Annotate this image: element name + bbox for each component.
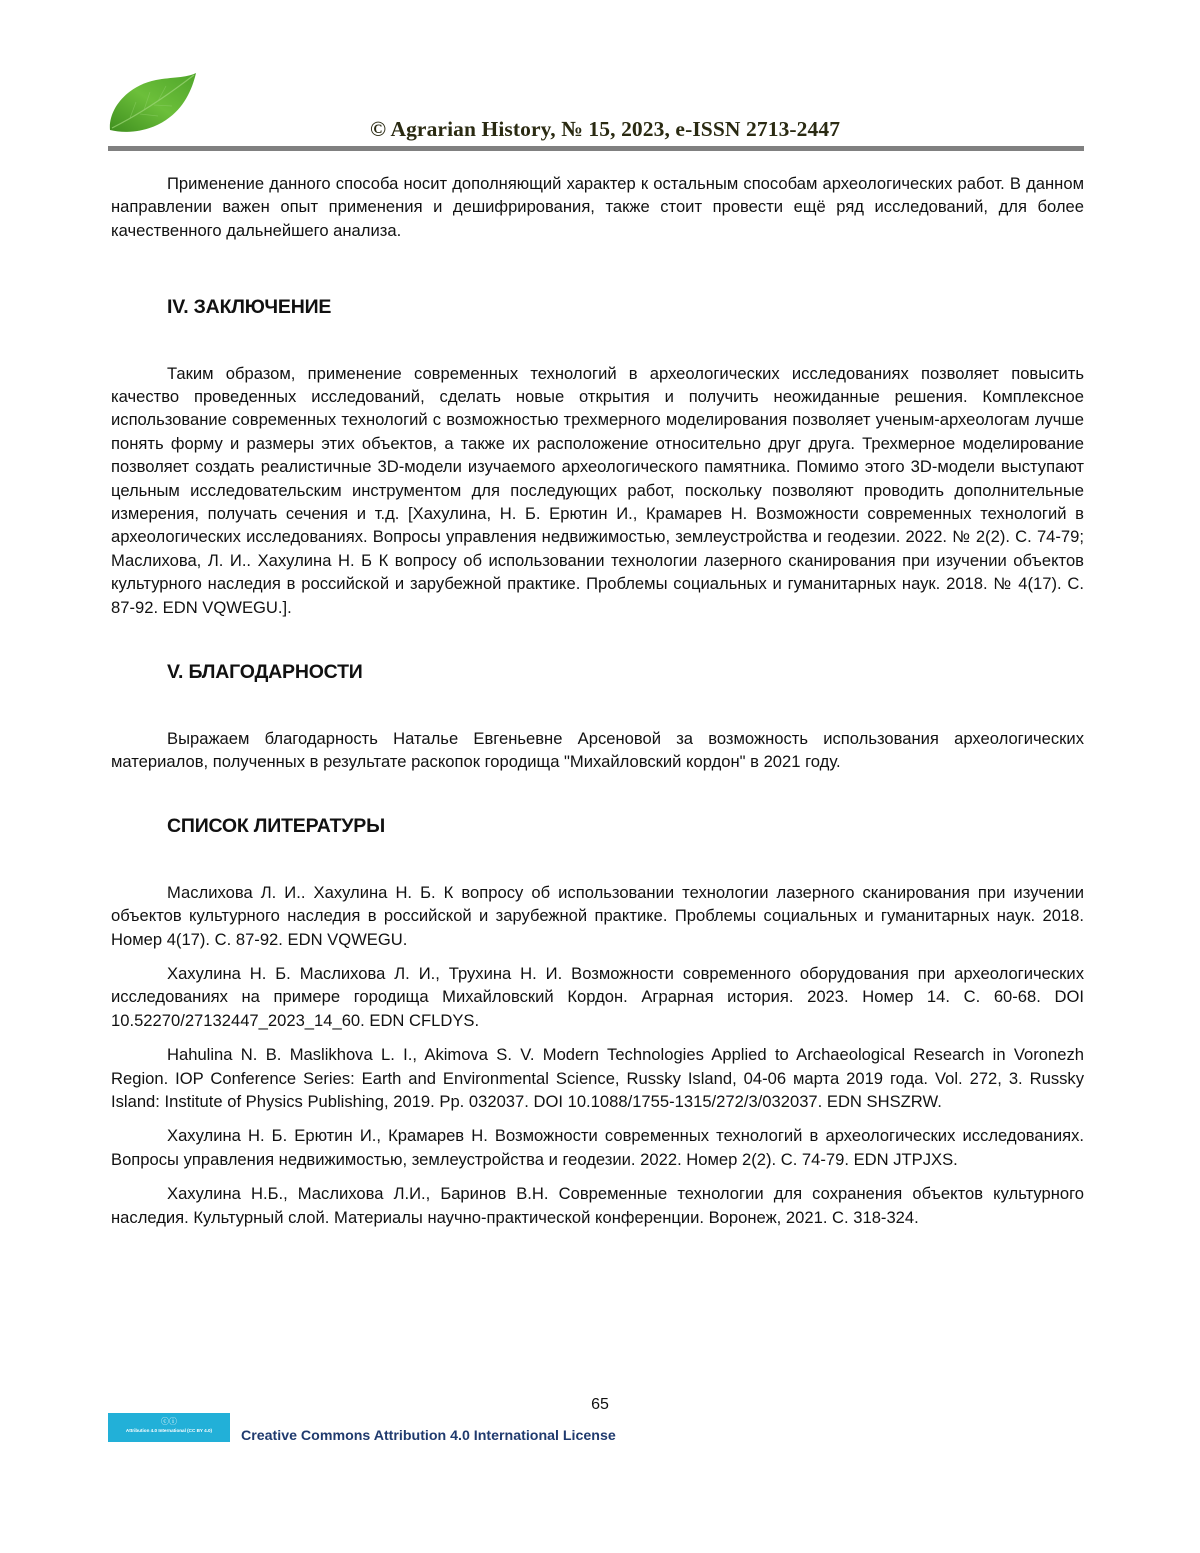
section-title-references: СПИСОК ЛИТЕРАТУРЫ — [111, 815, 1084, 838]
article-body: Применение данного способа носит дополня… — [111, 172, 1084, 1229]
section-title-conclusion: IV. ЗАКЛЮЧЕНИЕ — [111, 296, 1084, 319]
cc-license-badge[interactable]: ⓒⓘ Attribution 4.0 International (CC BY … — [108, 1413, 230, 1442]
conclusion-paragraph: Таким образом, применение современных те… — [111, 362, 1084, 619]
reference-item: Хахулина Н. Б. Ерютин И., Крамарев Н. Во… — [111, 1124, 1084, 1171]
cc-by-icon: ⓒⓘ — [108, 1413, 230, 1427]
green-leaf-icon — [106, 72, 200, 134]
acknowledgements-paragraph: Выражаем благодарность Наталье Евгеньевн… — [111, 727, 1084, 774]
journal-header: © Agrarian History, № 15, 2023, e-ISSN 2… — [370, 117, 890, 142]
header-rule — [108, 146, 1084, 151]
license-link[interactable]: Creative Commons Attribution 4.0 Interna… — [241, 1428, 616, 1444]
reference-item: Маслихова Л. И.. Хахулина Н. Б. К вопрос… — [111, 881, 1084, 951]
cc-badge-text: Attribution 4.0 International (CC BY 4.0… — [108, 1427, 230, 1435]
reference-list: Маслихова Л. И.. Хахулина Н. Б. К вопрос… — [111, 881, 1084, 1229]
reference-item: Hahulina N. B. Maslikhova L. I., Akimova… — [111, 1043, 1084, 1113]
reference-item: Хахулина Н. Б. Маслихова Л. И., Трухина … — [111, 962, 1084, 1032]
intro-paragraph: Применение данного способа носит дополня… — [111, 172, 1084, 242]
page-number: 65 — [0, 1396, 1200, 1414]
reference-item: Хахулина Н.Б., Маслихова Л.И., Баринов В… — [111, 1182, 1084, 1229]
section-title-acknowledgements: V. БЛАГОДАРНОСТИ — [111, 661, 1084, 684]
